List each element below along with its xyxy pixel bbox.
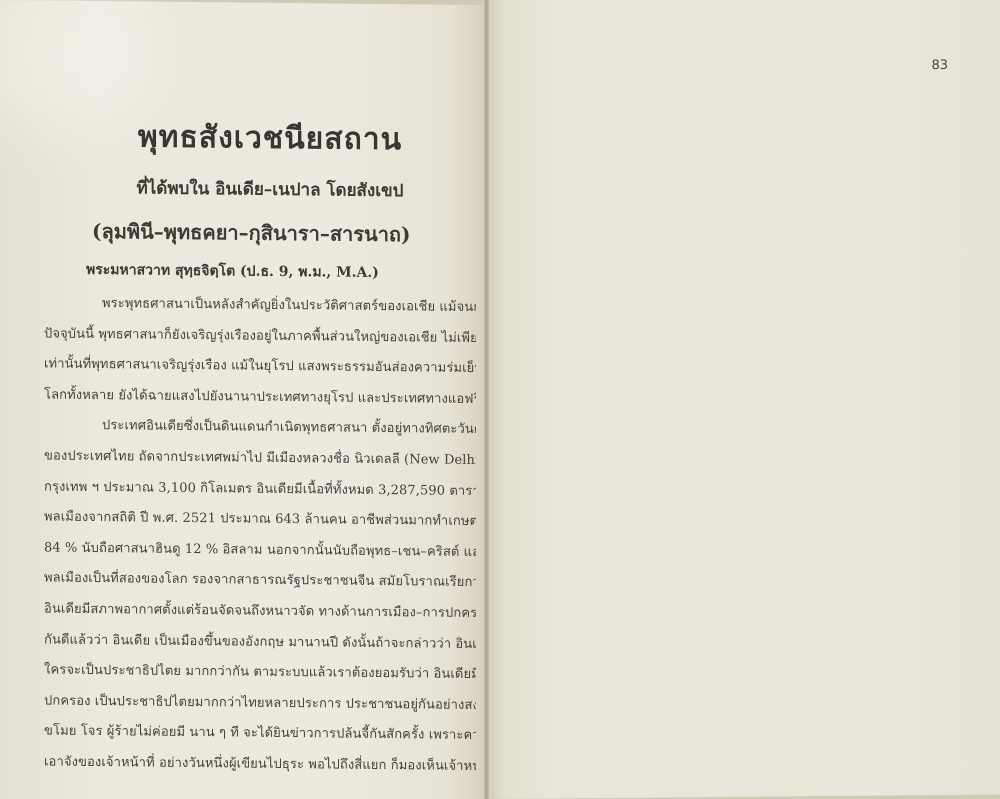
article-title-block: พุทธสังเวชนียสถาน ที่ได้พบใน อินเดีย–เนป… [60, 113, 460, 285]
text-line: ขโมย โจร ผู้ร้ายไม่ค่อยมี นาน ๆ ที จะได้… [44, 717, 476, 752]
open-book-spread: พุทธสังเวชนียสถาน ที่ได้พบใน อินเดีย–เนป… [0, 0, 1000, 799]
text-line: ปกครอง เป็นประชาธิปไตยมากกว่าไทยหลายประก… [44, 686, 476, 721]
text-line: กันดีแล้วว่า อินเดีย เป็นเมืองขึ้นของอัง… [44, 625, 476, 660]
article-author: พระมหาสวาท สุทฺธจิตฺโต (ป.ธ. 9, พ.ม., M.… [60, 259, 460, 285]
article-title: พุทธสังเวชนียสถาน [80, 113, 460, 164]
article-places: (ลุมพินี–พุทธคยา–กุสินารา–สารนาถ) [60, 215, 460, 251]
right-page: 83 วิ่งไล่จับเด็กวัยรุ่น ถามได้ความว่า เ… [487, 0, 1000, 799]
text-line: ใครจะเป็นประชาธิปไตย มากกว่ากัน ตามระบบแ… [44, 656, 476, 691]
text-line: เอาจังของเจ้าหน้าที่ อย่างวันหนึ่งผู้เขี… [44, 747, 476, 782]
page-number: 83 [931, 58, 948, 73]
left-page: พุทธสังเวชนียสถาน ที่ได้พบใน อินเดีย–เนป… [0, 0, 487, 799]
text-line: 84 % นับถือศาสนาฮินดู 12 % อิสลาม นอกจาก… [44, 533, 476, 568]
article-subtitle: ที่ได้พบใน อินเดีย–เนปาล โดยสังเขป [80, 174, 460, 205]
left-page-body: พระพุทธศาสนาเป็นหลังสำคัญยิ่งในประวัติศา… [44, 288, 476, 782]
text-line: ของประเทศไทย ถัดจากประเทศพม่าไป มีเมืองห… [44, 441, 476, 476]
text-line: ปัจจุบันนี้ พุทธศาสนาก็ยังเจริญรุ่งเรือง… [44, 319, 476, 354]
text-line: ประเทศอินเดียซึ่งเป็นดินแดนกำเนิดพุทธศาส… [44, 411, 476, 446]
text-line: พลเมืองเป็นที่สองของโลก รองจากสาธารณรัฐป… [44, 564, 476, 599]
book-gutter [483, 0, 491, 799]
text-line: เท่านั้นที่พุทธศาสนาเจริญรุ่งเรือง แม้ใน… [44, 350, 476, 385]
text-line: กรุงเทพ ฯ ประมาณ 3,100 กิโลเมตร อินเดียม… [44, 472, 476, 507]
text-line: พระพุทธศาสนาเป็นหลังสำคัญยิ่งในประวัติศา… [44, 288, 476, 323]
text-line: อินเดียมีสภาพอากาศตั้งแต่ร้อนจัดจนถึงหนา… [44, 594, 476, 629]
text-line: พลเมืองจากสถิติ ปี พ.ศ. 2521 ประมาณ 643 … [44, 503, 476, 538]
text-line: โลกทั้งหลาย ยังได้ฉายแสงไปยังนานาประเทศท… [44, 380, 476, 415]
